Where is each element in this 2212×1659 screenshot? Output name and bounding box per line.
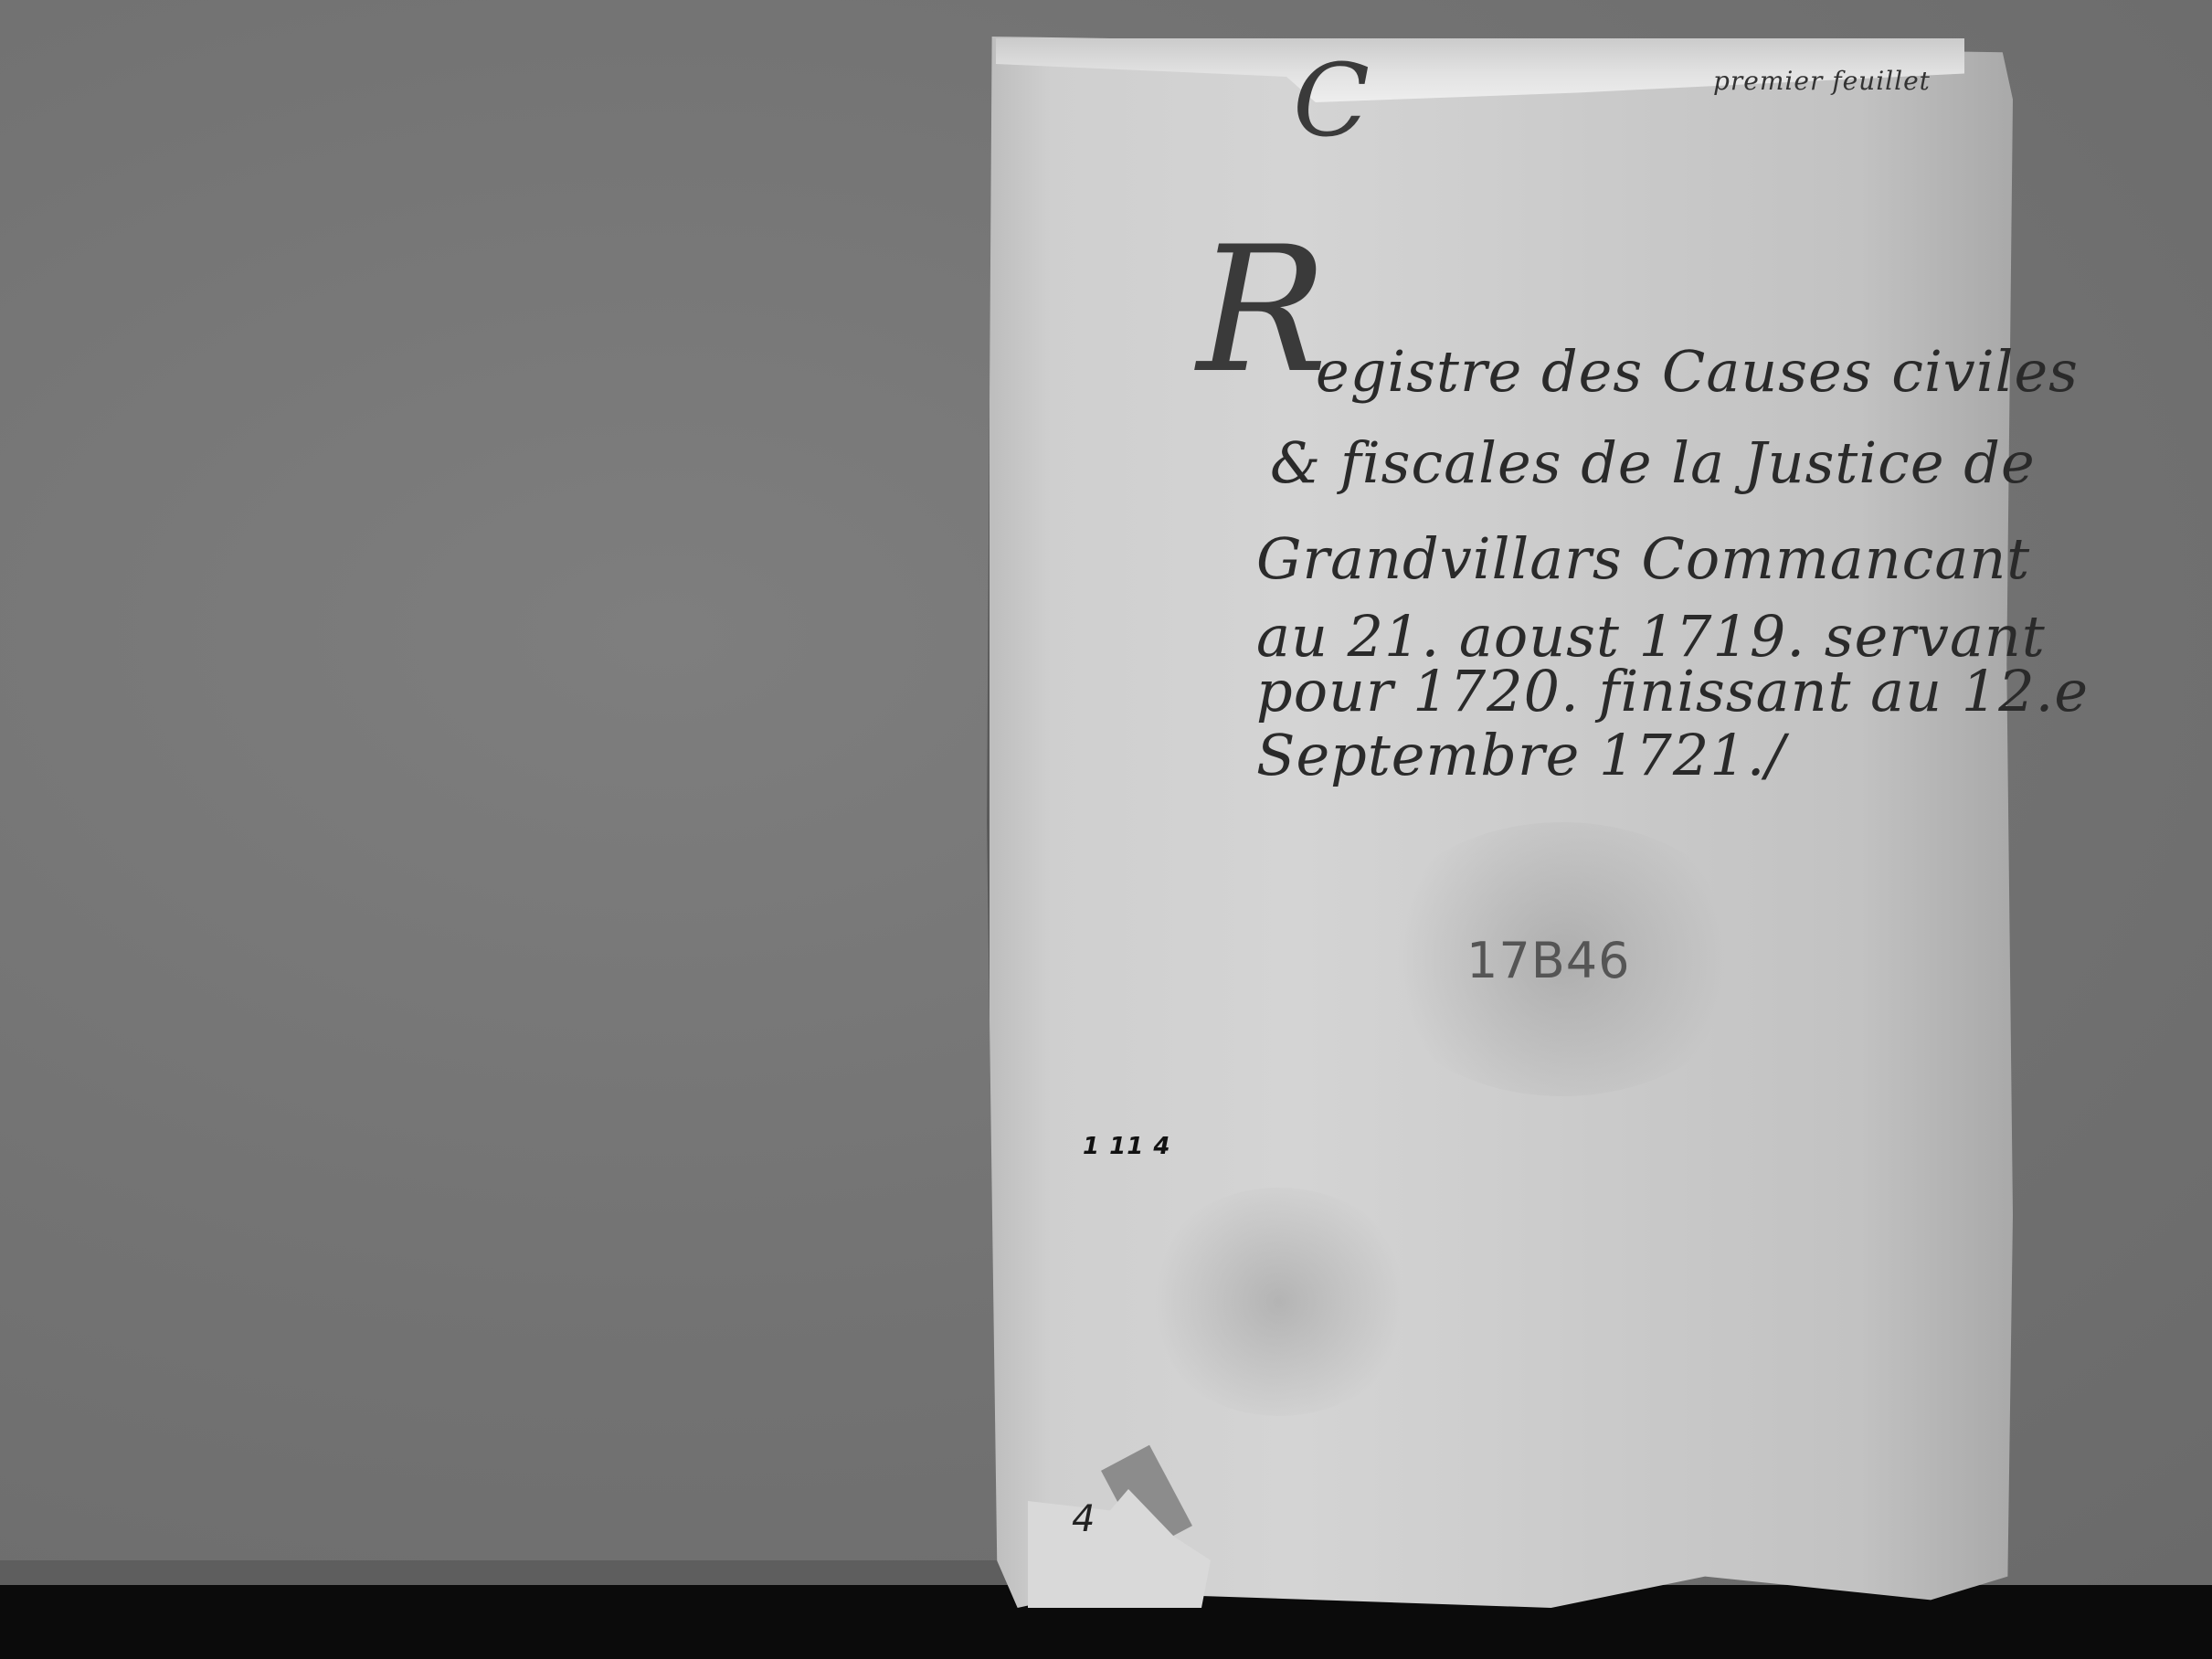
title-line-1: egistre des Causes civiles [1316, 338, 2079, 405]
top-label-premier-feuillet: premier feuillet [1713, 66, 1931, 96]
catalog-number: 17B46 [1466, 932, 1630, 989]
table-edge [0, 1560, 1023, 1586]
title-line-3: Grandvillars Commancant [1256, 525, 2030, 592]
register-cover [987, 37, 2013, 1608]
decorative-initial-c: C [1293, 50, 1370, 151]
reference-marks: 1 11 4 [1083, 1133, 1170, 1160]
page-number: 4 [1072, 1498, 1095, 1540]
title-initial-r: R [1197, 224, 1328, 397]
title-line-5: pour 1720. finissant au 12.e [1256, 658, 2089, 724]
title-line-2: & fiscales de la Justice de [1270, 429, 2036, 496]
paper-stain [1142, 1188, 1416, 1416]
title-line-6: Septembre 1721./ [1256, 722, 1785, 788]
